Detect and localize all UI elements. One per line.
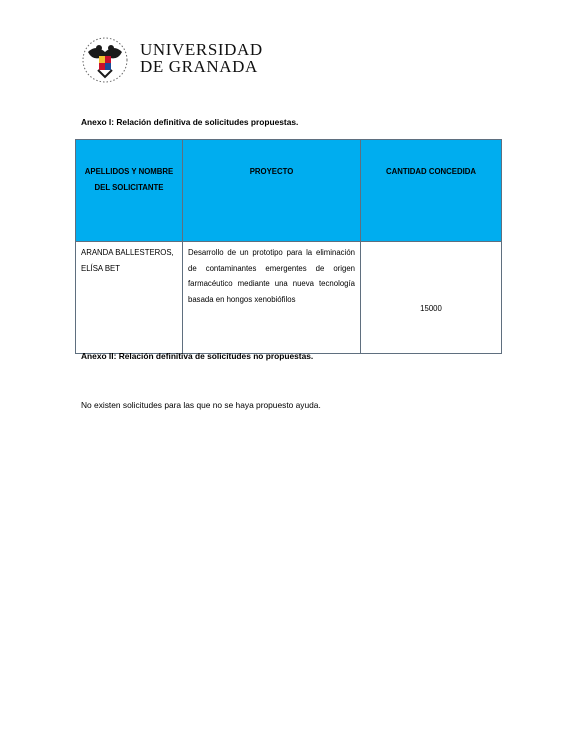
university-seal-icon <box>80 36 130 84</box>
cell-cantidad: 15000 <box>361 242 502 354</box>
header-cantidad: CANTIDAD CONCEDIDA <box>361 140 502 242</box>
header-proyecto: PROYECTO <box>183 140 361 242</box>
header-solicitante: APELLIDOS Y NOMBRE DEL SOLICITANTE <box>76 140 183 242</box>
annex-2-title: Anexo II: Relación definitiva de solicit… <box>81 351 313 361</box>
annex-2-text: No existen solicitudes para las que no s… <box>81 400 321 410</box>
cell-solicitante: ARANDA BALLESTEROS, ELÍSA BET <box>76 242 183 354</box>
annex-1-title: Anexo I: Relación definitiva de solicitu… <box>81 117 298 127</box>
table-row: ARANDA BALLESTEROS, ELÍSA BET Desarrollo… <box>76 242 502 354</box>
cell-proyecto: Desarrollo de un prototipo para la elimi… <box>183 242 361 354</box>
brand-line-1: UNIVERSIDAD <box>140 41 263 58</box>
table-header-row: APELLIDOS Y NOMBRE DEL SOLICITANTE PROYE… <box>76 140 502 242</box>
proposals-table: APELLIDOS Y NOMBRE DEL SOLICITANTE PROYE… <box>75 139 502 354</box>
brand-line-2: DE GRANADA <box>140 58 263 75</box>
university-name: UNIVERSIDAD DE GRANADA <box>140 41 263 75</box>
